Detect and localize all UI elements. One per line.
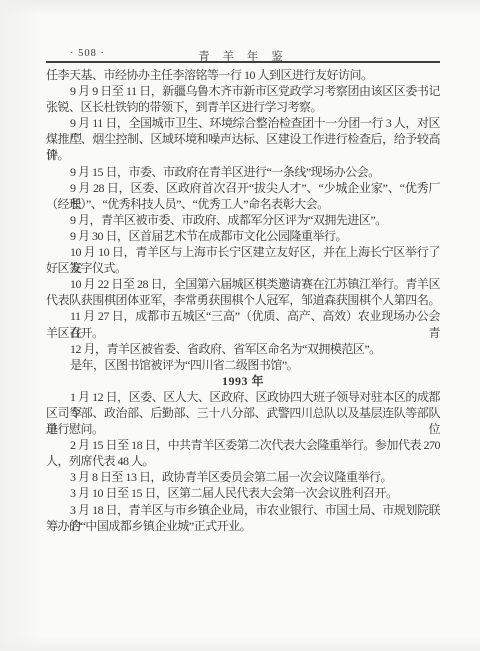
text-line: 9 月 30 日，区首届艺术节在成都市文化公园隆重举行。 xyxy=(46,228,440,244)
body-text: 任李天基、市经协办主任李溶铭等一行 10 人到区进行友好访问。9 月 9 日至 … xyxy=(46,67,440,534)
text-line: 2 月 15 日至 18 日，中共青羊区委第二次代表大会隆重举行。参加代表 27… xyxy=(46,437,440,453)
text-line: 11 月 27 日，成都市五城区“三高”（优质、高产、高效）农业现场办公会在青 xyxy=(46,308,440,324)
text-line: 9 月 28 日，区委、区政府首次召开“拔尖人才”、“少城企业家”、“优秀厂长 xyxy=(46,180,440,196)
text-line: 煤推广、烟尘控制、区域环境和噪声达标、区建设工作进行检查后，给予较高评 xyxy=(46,131,440,147)
text-line: 10 月 22 日至 28 日，全国第六届城区棋类邀请赛在江苏镇江举行。青羊区 xyxy=(46,276,440,292)
text-line: 价。 xyxy=(46,147,440,163)
text-line: 3 月 18 日，青羊区与市乡镇企业局，市农业银行、市国土局、市规划院联合 xyxy=(46,502,440,518)
text-line: 9 月，青羊区被市委、市政府、成都军分区评为“双拥先进区”。 xyxy=(46,212,440,228)
text-line: 12 月，青羊区被省委、省政府、省军区命名为“双拥模范区”。 xyxy=(46,341,440,357)
text-line: 9 月 11 日，全国城市卫生、环境综合整治检查团十一分团一行 3 人，对区型 xyxy=(46,115,440,131)
text-line: 是年，区图书馆被评为“四川省二级图书馆”。 xyxy=(46,357,440,373)
page-header: · 508 · 青 羊 年 鉴 xyxy=(46,48,440,62)
text-line: 3 月 10 日至 15 日，区第二届人民代表大会第一次会议胜利召开。 xyxy=(46,485,440,501)
text-line: 人，列席代表 48 人。 xyxy=(46,453,440,469)
text-line: 任李天基、市经协办主任李溶铭等一行 10 人到区进行友好访问。 xyxy=(46,67,440,83)
text-line: 9 月 15 日，市委、市政府在青羊区进行“一条线”现场办公会。 xyxy=(46,164,440,180)
text-line: 区司令部、政治部、后勤部、三十八分部、武警四川总队以及基层连队等部队单位 xyxy=(46,405,440,421)
scan-shadow-top xyxy=(0,0,480,16)
text-line: 代表队获围棋团体亚军，李常勇获围棋个人冠军，邹道森获围棋个人第四名。 xyxy=(46,292,440,308)
text-line: 1 月 12 日，区委、区人大、区政府、区政协四大班子领导对驻本区的成都军 xyxy=(46,389,440,405)
text-line: 1993 年 xyxy=(46,373,440,389)
header-rule xyxy=(46,61,440,63)
scan-shadow-bottom xyxy=(0,637,480,651)
text-line: 3 月 8 日至 13 日，政协青羊区委员会第二届一次会议隆重举行。 xyxy=(46,469,440,485)
text-line: 10 月 10 日，青羊区与上海市长宁区建立友好区，并在上海长宁区举行了友 xyxy=(46,244,440,260)
text-line: （经理）”、“优秀科技人员”、“优秀工人”命名表彰大会。 xyxy=(46,196,440,212)
text-line: 张锐、区长杜铁钧的带领下，到青羊区进行学习考察。 xyxy=(46,99,440,115)
text-line: 筹办的“中国成都乡镇企业城”正式开业。 xyxy=(46,518,440,534)
text-line: 9 月 9 日至 11 日，新疆乌鲁木齐市新市区党政学习考察团由该区区委书记 xyxy=(46,83,440,99)
text-line: 好区签字仪式。 xyxy=(46,260,440,276)
scan-shadow-left xyxy=(0,0,40,651)
